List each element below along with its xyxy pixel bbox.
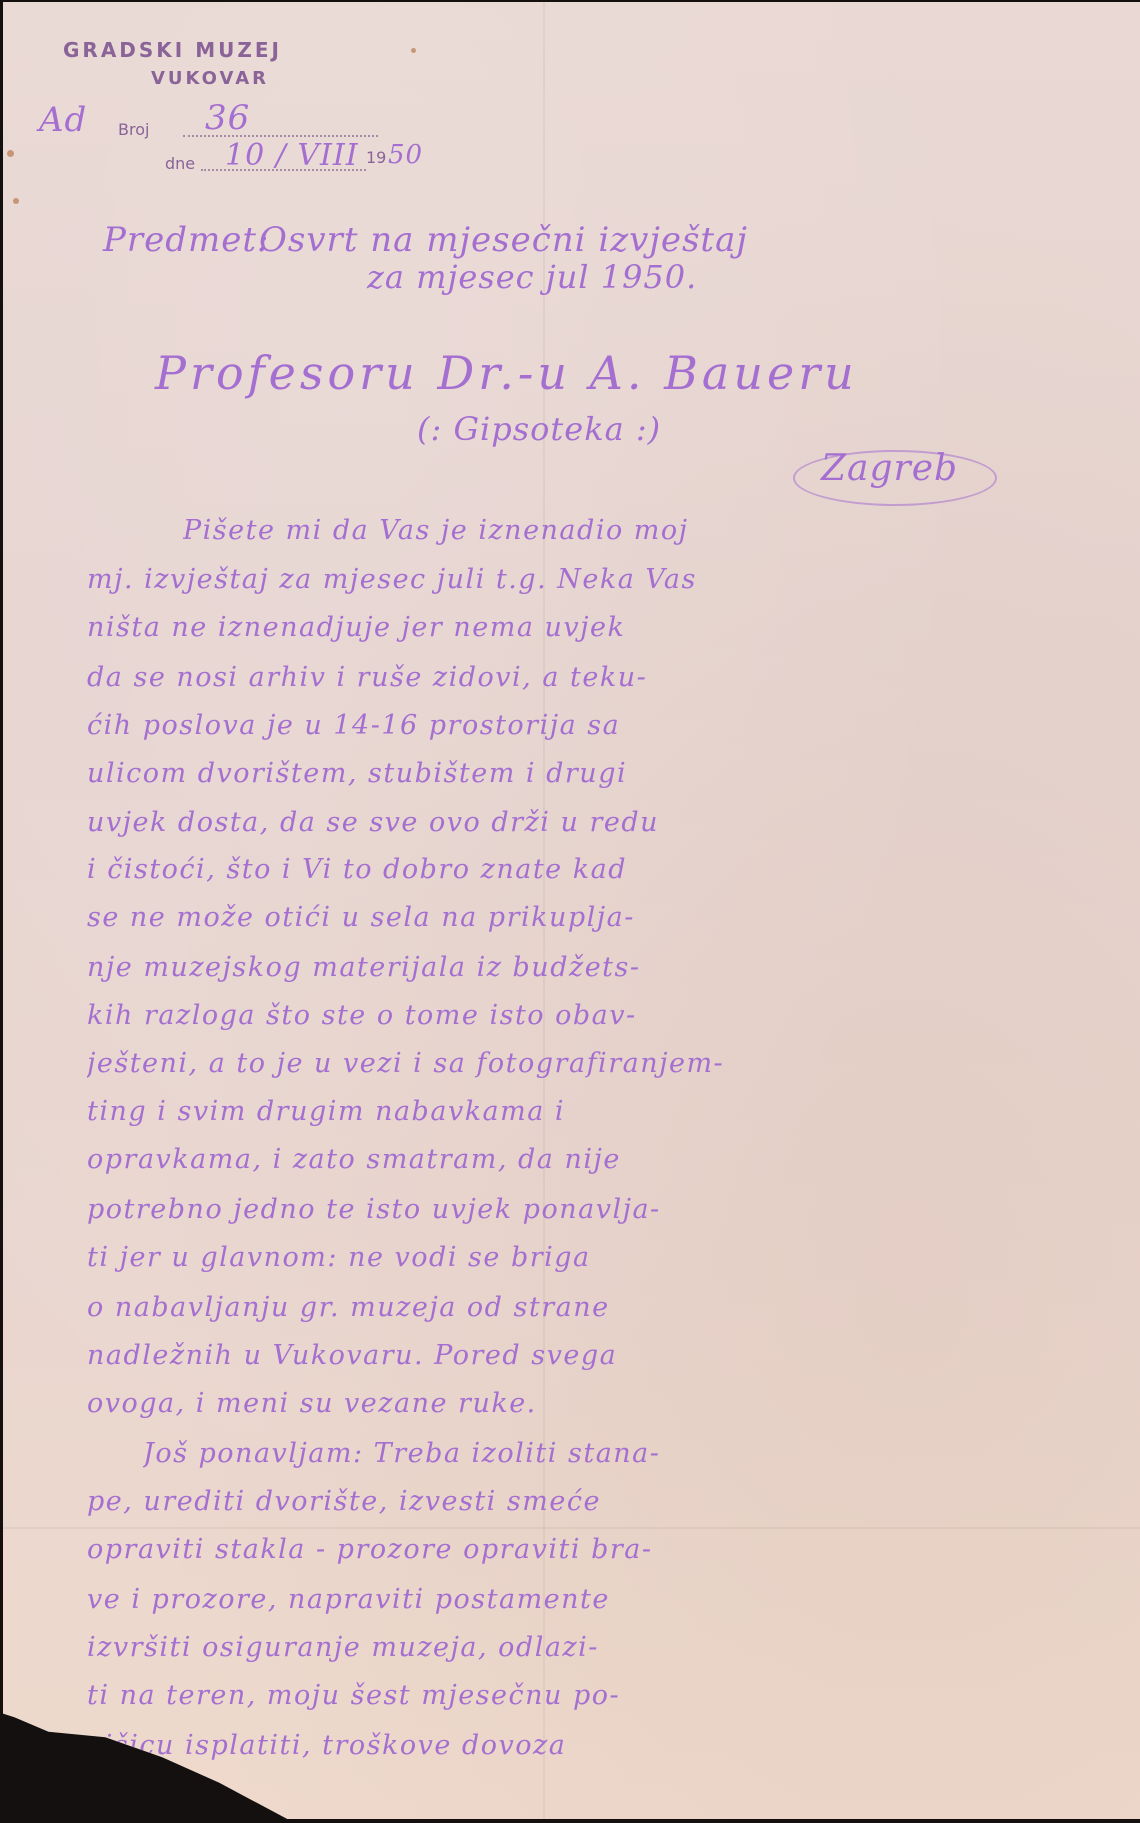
body-line: ovoga, i meni su vezane ruke. (87, 1388, 1127, 1419)
recipient-name: Profesoru Dr.-u A. Baueru (155, 346, 858, 400)
stamp-institution-name: GRADSKI MUZEJ (63, 38, 282, 62)
rust-stain (411, 48, 416, 53)
body-line: se ne može otići u sela na prikuplja- (87, 902, 1127, 933)
body-line: mj. izvještaj za mjesec juli t.g. Neka V… (87, 564, 1127, 595)
date-value: 10 / VIII (225, 138, 359, 173)
body-line: ti na teren, moju šest mjesečnu po- (87, 1680, 1127, 1711)
body-line: nadležnih u Vukovaru. Pored svega (87, 1340, 1127, 1371)
number-value: 36 (205, 98, 250, 138)
body-line: izvršiti osiguranje muzeja, odlazi- (87, 1632, 1127, 1663)
body-line: o nabavljanju gr. muzeja od strane (87, 1292, 1127, 1323)
body-line: ting i svim drugim nabavkama i (87, 1096, 1127, 1127)
recipient-city: Zagreb (821, 448, 958, 489)
body-line: ve i prozore, napraviti postamente (87, 1584, 1127, 1615)
body-line: nje muzejskog materijala iz budžets- (87, 952, 1127, 983)
recipient-institution: (: Gipsoteka :) (417, 410, 661, 448)
body-line: opraviti stakla - prozore opraviti bra- (87, 1534, 1127, 1565)
body-line: Još ponavljam: Treba izoliti stana- (143, 1438, 1140, 1469)
date-label: dne (165, 154, 195, 173)
number-label: Broj (118, 120, 149, 139)
year-handwritten: 50 (388, 140, 423, 170)
ref-prefix-handwritten: Ad (39, 100, 87, 140)
stamp-city-name: VUKOVAR (151, 68, 269, 89)
body-line: i čistoći, što i Vi to dobro znate kad (87, 854, 1127, 885)
body-line: ćih poslova je u 14-16 prostorija sa (87, 710, 1127, 741)
body-line: opravkama, i zato smatram, da nije (87, 1144, 1127, 1175)
body-line: potrebno jedno te isto uvjek ponavlja- (87, 1194, 1127, 1225)
paper-fold-horizontal (3, 1527, 1140, 1529)
subject-line-1: Osvrt na mjesečni izvještaj (259, 220, 748, 260)
body-line: da se nosi arhiv i ruše zidovi, a teku- (87, 662, 1127, 693)
body-line: ulicom dvorištem, stubištem i drugi (87, 758, 1127, 789)
body-line: kih razloga što ste o tome isto obav- (87, 1000, 1127, 1031)
body-line: ništa ne iznenadjuje jer nema uvjek (87, 612, 1127, 643)
body-line: ti jer u glavnom: ne vodi se briga (87, 1242, 1127, 1273)
rust-stain (13, 198, 19, 204)
body-line: Pišete mi da Vas je iznenadio moj (183, 515, 1140, 546)
letter-paper: GRADSKI MUZEJ VUKOVAR Ad Broj 36 dne 10 … (3, 2, 1140, 1819)
subject-label: Predmet: (103, 220, 270, 260)
body-line: višicu isplatiti, troškove dovoza (87, 1730, 1127, 1761)
subject-line-2: za mjesec jul 1950. (367, 258, 697, 296)
body-line: ješteni, a to je u vezi i sa fotografira… (87, 1048, 1127, 1079)
rust-stain (7, 150, 14, 157)
body-line: pe, urediti dvorište, izvesti smeće (87, 1486, 1127, 1517)
year-printed: 19 (366, 148, 386, 167)
body-line: uvjek dosta, da se sve ovo drži u redu (87, 807, 1127, 838)
